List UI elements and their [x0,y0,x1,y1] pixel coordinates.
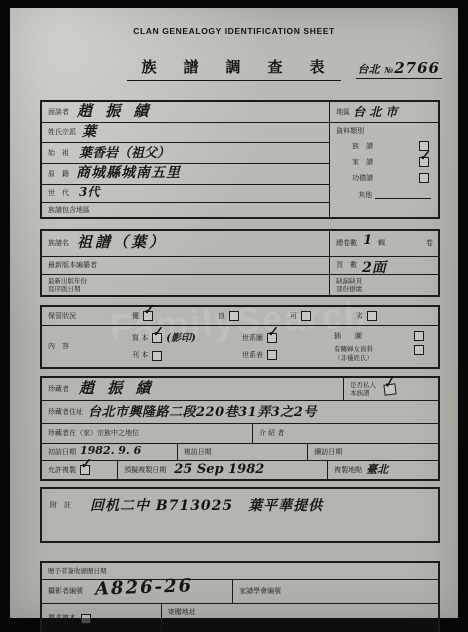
section-filming: 贈予者簽收頒贈日期 攝影者編號 A826-26 家譜學會編號 要求複本 [40,561,440,632]
manuscript-checkbox: ✓ [152,333,162,343]
row-owner: 珍藏者 趙 振 績 是否私人 本族譜 ✓ [42,378,438,401]
partial-damage-label: 部份損壞 [336,285,362,293]
row-address: 珍藏者住址 台北市興隆路二段220巷31弄3之2号 [42,401,438,424]
preface-date-label: 寫序跋日期 [48,285,87,293]
introducer-label: 介 紹 者 [259,429,284,437]
position-label: 珍藏者在（家）宗族中之地位 [48,429,139,437]
contents-col-3: 插 圖 有關婦女資料 （非僅姓氏） [334,331,438,361]
permission-checkbox: ✓ [80,465,90,475]
option-good: 良 [218,311,290,321]
row-position: 珍藏者在（家）宗族中之地位 介 紹 者 [42,424,438,444]
fair-checkbox [301,311,311,321]
photographer-number-label: 攝影者編號 [48,587,83,595]
cell-own-clan: 是否私人 本族譜 ✓ [343,378,438,400]
surname-label: 姓氏宗派 [48,128,76,136]
women-data-checkbox [414,345,424,355]
number-symbol: № [385,65,394,75]
row-interviewee: 面談者 趙 振 績 地區 台 北 市 [42,102,438,123]
genealogy-name-label: 族譜名 [48,239,69,247]
copy-place-label: 複製地點 [334,466,362,474]
volume-right-column: 總卷數 1 輯 卷 頁 數 2面 缺漏缺頁 部份損壞 [329,231,438,295]
mailing-address-label: 寄贈地址 [168,608,196,616]
row-condition: 保管狀況 優 ✓ 良 可 劣 [42,307,438,326]
pedigree-chart-checkmark: ✓ [266,324,279,340]
excellent-checkbox: ✓ [143,311,153,321]
row-photographer-number: 攝影者編號 A826-26 家譜學會編號 [42,580,438,604]
address-value: 台北市興隆路二段220巷31弄3之2号 [88,401,317,420]
notes-label: 附 註 [50,501,71,509]
women-data-label: 有關婦女資料 [334,345,373,353]
section-identity: 面談者 趙 振 績 地區 台 北 市 姓氏宗派 葉 [40,100,440,219]
paper-sheet: CLAN GENEALOGY IDENTIFICATION SHEET 族 譜 … [10,8,458,618]
first-ancestor-value: 葉香岩（祖父） [79,142,170,161]
origin-value: 商城縣城南五里 [76,162,181,182]
row-genealogy-name: 族譜名 祖譜（葉） [42,231,329,257]
serial-number: 台北№2766 [356,58,442,79]
manuscript-checkmark: ✓ [151,324,164,340]
generations-label: 世 代 [48,189,69,197]
cell-first-visit: 初訪日期 1982. 9. 6 [42,444,177,460]
row-surname: 姓氏宗派 葉 [42,123,329,143]
photographer-number-value: A826-26 [95,575,194,599]
cell-district: 地區 台 北 市 [329,102,438,122]
owner-label: 珍藏者 [48,385,69,393]
section-condition: 保管狀況 優 ✓ 良 可 劣 [40,305,440,369]
cell-second-visit: 複訪日期 [177,444,308,460]
row-missing-damaged: 缺漏缺頁 部份損壞 [330,275,438,295]
fair-label: 可 [290,312,297,320]
row-visit-dates: 初訪日期 1982. 9. 6 複訪日期 續訪日期 [42,444,438,461]
volumes-unit-ji: 輯 [378,239,385,247]
form-title: 族 譜 調 查 表 [127,56,340,81]
total-volumes-value: 1 [363,233,372,248]
section-notes: 附 註 回机二中 B713025 葉平華提供 [40,487,440,543]
cell-copy-place: 複製地點 臺北 [327,461,438,479]
pedigree-table-label: 世系表 [242,351,263,359]
total-volumes-label: 總卷數 [336,239,357,247]
scanned-document: CLAN GENEALOGY IDENTIFICATION SHEET 族 譜 … [0,0,468,632]
row-compiler: 最新版本編纂者 [42,257,329,275]
gongdepu-checkbox [419,173,429,183]
jiapu-checkbox: ✓ [419,157,429,167]
district-value: 台 北 市 [353,103,397,120]
request-copy-label: 要求複本 [48,614,76,622]
poor-checkbox [367,311,377,321]
donor-date-label: 贈予者簽收頒贈日期 [48,567,107,575]
option-illustrations: 插 圖 [334,331,438,341]
excellent-label: 優 [132,312,139,320]
option-pedigree-chart: 世系圖 ✓ [242,333,334,343]
compiler-label: 最新版本編纂者 [48,261,97,269]
row-publication: 最新出版年份 寫序跋日期 [42,275,329,295]
row-total-volumes: 總卷數 1 輯 卷 [330,231,438,257]
cell-position: 珍藏者在（家）宗族中之地位 [42,424,252,443]
printed-checkbox [152,351,162,361]
second-visit-label: 複訪日期 [184,448,212,456]
good-label: 良 [218,312,225,320]
row-origin: 原 籍 商城縣城南五里 [42,164,329,185]
genealogy-name-value: 祖譜（葉） [77,231,167,252]
volumes-unit-juan: 卷 [426,239,433,247]
gongdepu-label: 功德譜 [352,174,373,182]
option-excellent: 優 ✓ [132,311,218,321]
option-printed: 刊 本 [132,351,242,361]
section-owner: 珍藏者 趙 振 績 是否私人 本族譜 ✓ 珍藏者住址 台北市興隆路二段220巷3… [40,376,440,481]
cell-interviewee: 面談者 趙 振 績 [42,102,329,122]
option-gongdepu: 功德譜 [352,173,429,183]
serial-digits: 2766 [394,59,440,77]
permission-checkmark: ✓ [79,456,92,472]
row-contents: 內 容 寫 本 ✓ (影印) 刊 本 [42,326,438,367]
copy-place-value: 臺北 [366,461,388,477]
row-coverage: 族譜包含地區 [42,203,329,217]
volume-left-column: 族譜名 祖譜（葉） 最新版本編纂者 最新出版年份 寫序跋日期 [42,231,329,295]
identity-body: 姓氏宗派 葉 始 祖 葉香岩（祖父） 原 籍 商城縣城南五里 世 代 [42,123,438,217]
printed-label: 刊 本 [132,351,148,359]
contents-col-2: 世系圖 ✓ 世系表 [242,333,334,360]
option-poor: 劣 [356,311,377,321]
district-label: 地區 [336,108,350,116]
cell-third-visit: 續訪日期 [307,444,438,460]
pages-label: 頁 數 [336,261,357,269]
cell-society-number: 家譜學會編號 [232,580,438,603]
first-visit-value: 1982. 9. 6 [80,444,141,457]
cell-photographer-number: 攝影者編號 A826-26 [42,580,232,603]
permission-label: 允許複製 [48,466,76,474]
owner-value: 趙 振 績 [79,377,154,398]
copy-date-value: 25 Sep 1982 [174,462,264,477]
copy-date-label: 預擬複製日期 [124,466,166,474]
option-jiapu: 家 譜 ✓ [352,157,429,167]
pedigree-chart-checkbox: ✓ [267,333,277,343]
cell-owner: 珍藏者 趙 振 績 [42,378,343,400]
own-clan-checkmark: ✓ [381,374,395,391]
identity-left-column: 姓氏宗派 葉 始 祖 葉香岩（祖父） 原 籍 商城縣城南五里 世 代 [42,123,329,217]
poor-label: 劣 [356,312,363,320]
jiapu-label: 家 譜 [352,158,373,166]
survey-form: 面談者 趙 振 績 地區 台 北 市 姓氏宗派 葉 [40,100,440,632]
cell-copy-date: 預擬複製日期 25 Sep 1982 [117,461,327,479]
category-box: 資料類別 族 譜 家 譜 ✓ 功德譜 [329,123,438,217]
own-clan-label-line2: 本族譜 [350,389,376,397]
surname-value: 葉 [82,121,96,141]
serial-place: 台北 [358,63,380,76]
option-other: 其他 [358,190,431,199]
good-checkbox [229,311,239,321]
row-request-copy: 要求複本 寄贈地址 [42,604,438,632]
pedigree-table-checkbox [267,350,277,360]
own-clan-label-line1: 是否私人 [350,381,376,389]
row-copy-permission: 允許複製 ✓ 預擬複製日期 25 Sep 1982 複製地點 臺北 [42,461,438,479]
row-donor-date: 贈予者簽收頒贈日期 [42,563,438,580]
other-blank-line [375,190,431,199]
section-volume: 族譜名 祖譜（葉） 最新版本編纂者 最新出版年份 寫序跋日期 [40,229,440,297]
option-fair: 可 [290,311,356,321]
manuscript-label: 寫 本 [132,334,148,342]
contents-label: 內 容 [48,342,132,350]
film-header-title: CLAN GENEALOGY IDENTIFICATION SHEET [10,26,458,36]
condition-label: 保管狀況 [48,312,132,320]
contents-col-1: 寫 本 ✓ (影印) 刊 本 [132,333,242,361]
interviewee-label: 面談者 [48,108,69,116]
cell-request-copy: 要求複本 [42,604,161,632]
jiapu-checkmark: ✓ [418,148,431,164]
zupu-label: 族 譜 [352,142,373,150]
pedigree-chart-label: 世系圖 [242,334,263,342]
row-pages: 頁 數 2面 [330,257,438,275]
women-data-sublabel: （非僅姓氏） [334,354,373,362]
excellent-checkmark: ✓ [142,302,155,318]
category-title: 資料類別 [336,127,433,135]
row-generations: 世 代 3代 [42,185,329,203]
own-clan-checkbox: ✓ [383,383,396,395]
interviewee-value: 趙 振 績 [77,100,152,121]
origin-label: 原 籍 [48,170,69,178]
option-pedigree-table: 世系表 [242,350,334,360]
publication-year-label: 最新出版年份 [48,277,87,285]
generations-value: 3代 [79,183,99,200]
coverage-label: 族譜包含地區 [48,206,90,214]
society-number-label: 家譜學會編號 [239,587,281,595]
request-copy-checkbox [81,614,91,624]
cell-permission: 允許複製 ✓ [42,461,117,479]
option-manuscript: 寫 本 ✓ (影印) [132,333,242,344]
first-visit-label: 初訪日期 [48,448,76,456]
option-women-data: 有關婦女資料 （非僅姓氏） [334,345,438,361]
other-label: 其他 [358,191,372,199]
address-label: 珍藏者住址 [48,408,83,416]
third-visit-label: 續訪日期 [314,448,342,456]
notes-value: 回机二中 B713025 葉平華提供 [90,495,323,515]
row-first-ancestor: 始 祖 葉香岩（祖父） [42,143,329,164]
manuscript-note: (影印) [166,329,195,344]
missing-pages-label: 缺漏缺頁 [336,277,362,285]
first-ancestor-label: 始 祖 [48,149,69,157]
illustrations-checkbox [414,331,424,341]
cell-introducer: 介 紹 者 [252,424,438,443]
cell-mailing-address: 寄贈地址 [161,604,438,632]
pages-value: 2面 [362,257,386,277]
illustrations-label: 插 圖 [334,332,362,340]
